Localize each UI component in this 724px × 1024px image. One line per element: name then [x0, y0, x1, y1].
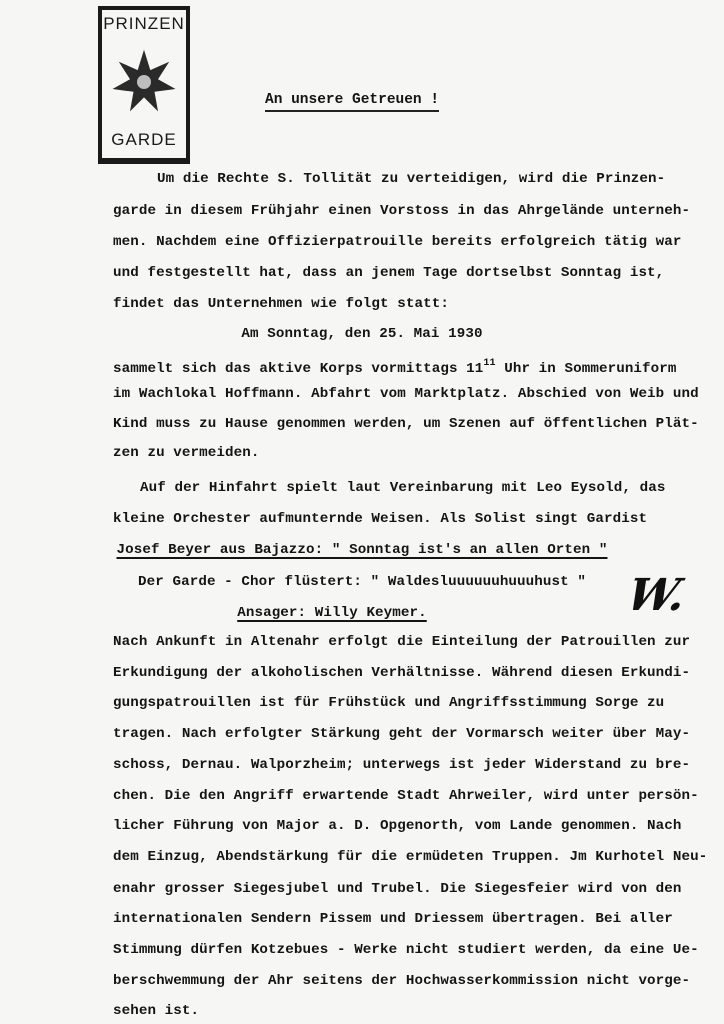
- text-line: garde in diesem Frühjahr einen Vorstoss …: [113, 202, 690, 220]
- text-line: enahr grosser Siegesjubel und Trubel. Di…: [113, 880, 682, 898]
- text-line: Auf der Hinfahrt spielt laut Vereinbarun…: [140, 479, 665, 497]
- text-line: berschwemmung der Ahr seitens der Hochwa…: [113, 972, 690, 990]
- date-line: Am Sonntag, den 25. Mai 1930: [0, 325, 724, 343]
- text-line: Stimmung dürfen Kotzebues - Werke nicht …: [113, 941, 699, 959]
- text-line: zen zu vermeiden.: [113, 444, 259, 462]
- text-line: sehen ist.: [113, 1002, 199, 1020]
- text-line: internationalen Sendern Pissem und Dries…: [113, 910, 673, 928]
- stamp-bottom-text: GARDE: [111, 130, 176, 150]
- text-line: Erkundigung der alkoholischen Verhältnis…: [113, 664, 690, 682]
- text-line: licher Führung von Major a. D. Opgenorth…: [113, 817, 682, 835]
- announcer-line: Ansager: Willy Keymer.: [0, 604, 694, 622]
- text-line: kleine Orchester aufmunternde Weisen. Al…: [113, 510, 647, 528]
- prinzengarde-stamp: PRINZEN GARDE: [98, 6, 190, 164]
- text-segment: sammelt sich das aktive Korps vormittags…: [113, 361, 483, 377]
- text-line: Nach Ankunft in Altenahr erfolgt die Ein…: [113, 633, 690, 651]
- text-line: Kind muss zu Hause genommen werden, um S…: [113, 415, 699, 433]
- seven-pointed-star-icon: [109, 46, 179, 118]
- text-line: tragen. Nach erfolgter Stärkung geht der…: [113, 725, 690, 743]
- text-line: men. Nachdem eine Offizierpatrouille ber…: [113, 233, 682, 251]
- choir-line: Der Garde - Chor flüstert: " Waldesluuuu…: [0, 573, 724, 591]
- text-line: gungspatrouillen ist für Frühstück und A…: [113, 694, 664, 712]
- time-superscript: 11: [483, 358, 495, 369]
- text-line: sammelt sich das aktive Korps vormittags…: [113, 355, 677, 378]
- text-line: Um die Rechte S. Tollität zu verteidigen…: [157, 170, 665, 188]
- document-page: PRINZEN GARDE An unsere Getreuen ! Um di…: [0, 0, 724, 1024]
- text-line: findet das Unternehmen wie folgt statt:: [113, 295, 449, 313]
- text-line: im Wachlokal Hoffmann. Abfahrt vom Markt…: [113, 385, 699, 403]
- text-segment: Uhr in Sommeruniform: [496, 361, 677, 377]
- stamp-top-text: PRINZEN: [103, 14, 185, 34]
- soloist-line: Josef Beyer aus Bajazzo: " Sonntag ist's…: [0, 541, 724, 559]
- text-line: schoss, Dernau. Walporzheim; unterwegs i…: [113, 756, 690, 774]
- document-title: An unsere Getreuen !: [265, 92, 439, 112]
- text-line: und festgestellt hat, dass an jenem Tage…: [113, 264, 664, 282]
- text-line: chen. Die den Angriff erwartende Stadt A…: [113, 787, 699, 805]
- text-line: dem Einzug, Abendstärkung für die ermüde…: [113, 848, 707, 866]
